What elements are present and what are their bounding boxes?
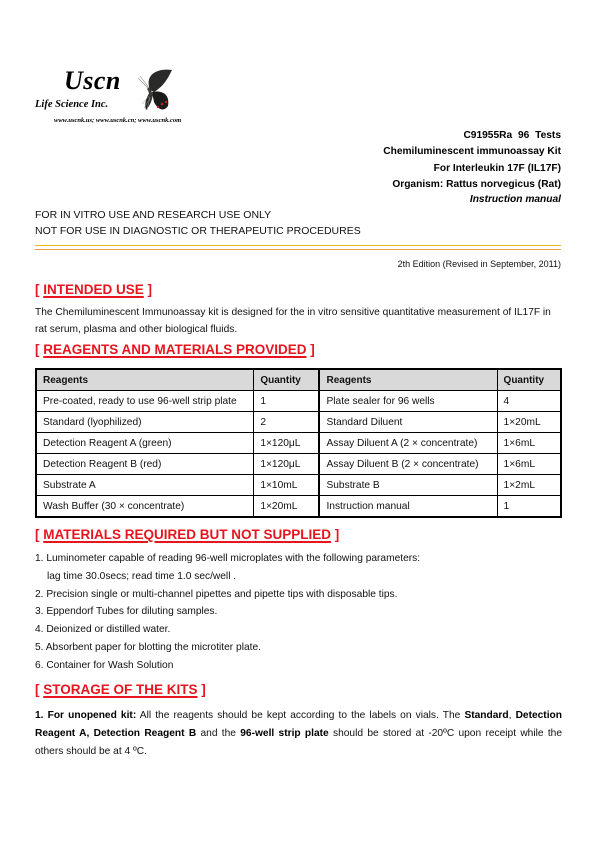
quantity-cell: 4 (497, 391, 561, 412)
reagent-name-cell: Plate sealer for 96 wells (319, 391, 497, 412)
reagent-name-cell: Detection Reagent B (red) (36, 454, 254, 475)
bracket-open: [ (35, 527, 43, 542)
quantity-cell: 1×120μL (254, 433, 320, 454)
list-item: 2. Precision single or multi-channel pip… (35, 586, 420, 604)
table-row: Pre-coated, ready to use 96-well strip p… (36, 391, 561, 412)
bracket-close: ] (198, 682, 206, 697)
butterfly-icon (128, 66, 176, 116)
section-heading-text: MATERIALS REQUIRED BUT NOT SUPPLIED (43, 527, 331, 542)
reagent-name-cell: Detection Reagent A (green) (36, 433, 254, 454)
storage-text: and the (196, 728, 240, 739)
reagent-name-cell: Instruction manual (319, 496, 497, 518)
quantity-cell: 1 (497, 496, 561, 518)
storage-text: All the reagents should be kept accordin… (136, 710, 464, 721)
reagent-name-cell: Pre-coated, ready to use 96-well strip p… (36, 391, 254, 412)
quantity-cell: 2 (254, 412, 320, 433)
section-title-storage: [ STORAGE OF THE KITS ] (35, 682, 206, 697)
reagent-name-cell: Substrate B (319, 475, 497, 496)
bracket-close: ] (144, 282, 152, 297)
intended-use-text: The Chemiluminescent Immunoassay kit is … (35, 304, 561, 338)
reagent-name-cell: Standard (lyophilized) (36, 412, 254, 433)
quantity-cell: 1 (254, 391, 320, 412)
section-title-reagents: [ REAGENTS AND MATERIALS PROVIDED ] (35, 342, 315, 357)
logo-name: Uscn (64, 66, 121, 96)
bracket-open: [ (35, 682, 43, 697)
reagents-table: Reagents Quantity Reagents Quantity Pre-… (35, 368, 562, 518)
column-header: Quantity (497, 369, 561, 391)
list-item-continuation: lag time 30.0secs; read time 1.0 sec/wel… (35, 568, 420, 586)
product-target: For Interleukin 17F (IL17F) (434, 163, 561, 174)
section-title-materials-not-supplied: [ MATERIALS REQUIRED BUT NOT SUPPLIED ] (35, 527, 339, 542)
storage-lead: 1. For unopened kit: (35, 710, 136, 721)
quantity-cell: 1×2mL (497, 475, 561, 496)
divider-top (35, 245, 561, 246)
table-header-row: Reagents Quantity Reagents Quantity (36, 369, 561, 391)
document-type: Instruction manual (470, 194, 561, 205)
reagent-name-cell: Substrate A (36, 475, 254, 496)
section-heading-text: INTENDED USE (43, 282, 144, 297)
quantity-cell: 1×120μL (254, 454, 320, 475)
quantity-cell: 1×20mL (497, 412, 561, 433)
table-row: Detection Reagent B (red)1×120μLAssay Di… (36, 454, 561, 475)
storage-unopened-text: 1. For unopened kit: All the reagents sh… (35, 707, 562, 761)
list-item: 4. Deionized or distilled water. (35, 621, 420, 639)
list-item: 1. Luminometer capable of reading 96-wel… (35, 550, 420, 568)
product-organism: Organism: Rattus norvegicus (Rat) (392, 179, 561, 190)
column-header: Reagents (36, 369, 254, 391)
catalog-number: C91955Ra 96 Tests (463, 130, 561, 141)
table-row: Detection Reagent A (green)1×120μLAssay … (36, 433, 561, 454)
reagent-name-cell: Assay Diluent B (2 × concentrate) (319, 454, 497, 475)
reagent-name-cell: Wash Buffer (30 × concentrate) (36, 496, 254, 518)
quantity-cell: 1×20mL (254, 496, 320, 518)
table-row: Substrate A1×10mLSubstrate B1×2mL (36, 475, 561, 496)
list-item: 5. Absorbent paper for blotting the micr… (35, 639, 420, 657)
storage-emphasis: 96-well strip plate (240, 728, 328, 739)
reagent-name-cell: Standard Diluent (319, 412, 497, 433)
quantity-cell: 1×6mL (497, 454, 561, 475)
column-header: Quantity (254, 369, 320, 391)
edition-info: 2th Edition (Revised in September, 2011) (398, 259, 561, 269)
divider-bottom (35, 249, 561, 250)
column-header: Reagents (319, 369, 497, 391)
product-name: Chemiluminescent immunoassay Kit (383, 146, 561, 157)
quantity-cell: 1×6mL (497, 433, 561, 454)
table-row: Standard (lyophilized)2Standard Diluent1… (36, 412, 561, 433)
bracket-open: [ (35, 342, 43, 357)
list-item: 6. Container for Wash Solution (35, 657, 420, 675)
logo-urls: www.uscnk.us; www.uscnk.cn; www.uscnk.co… (54, 117, 181, 124)
diagnostic-notice: NOT FOR USE IN DIAGNOSTIC OR THERAPEUTIC… (35, 225, 361, 237)
section-heading-text: REAGENTS AND MATERIALS PROVIDED (43, 342, 306, 357)
table-row: Wash Buffer (30 × concentrate)1×20mLInst… (36, 496, 561, 518)
logo-subtitle: Life Science Inc. (35, 99, 108, 110)
quantity-cell: 1×10mL (254, 475, 320, 496)
storage-emphasis: Standard (464, 710, 508, 721)
research-use-notice: FOR IN VITRO USE AND RESEARCH USE ONLY (35, 209, 271, 221)
storage-text: , (509, 710, 516, 721)
section-title-intended-use: [ INTENDED USE ] (35, 282, 152, 297)
reagent-name-cell: Assay Diluent A (2 × concentrate) (319, 433, 497, 454)
bracket-open: [ (35, 282, 43, 297)
bracket-close: ] (331, 527, 339, 542)
list-item: 3. Eppendorf Tubes for diluting samples. (35, 603, 420, 621)
bracket-close: ] (307, 342, 315, 357)
materials-list: 1. Luminometer capable of reading 96-wel… (35, 550, 420, 675)
section-heading-text: STORAGE OF THE KITS (43, 682, 197, 697)
